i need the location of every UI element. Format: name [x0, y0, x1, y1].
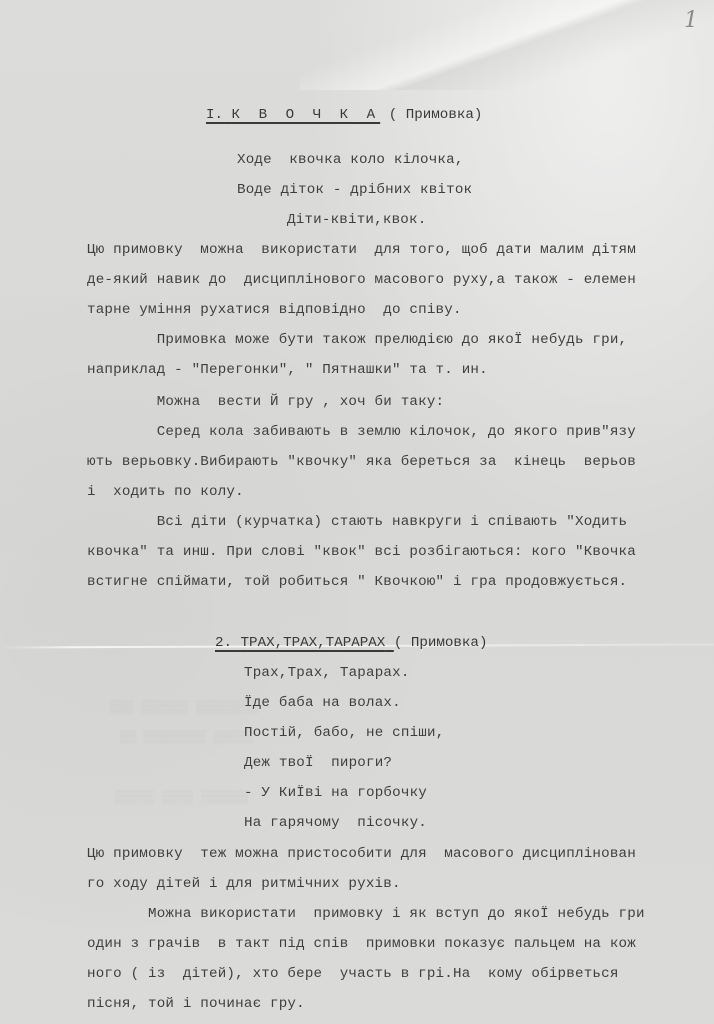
scanned-document-page: 1 ▒▒▒▒▒▒▒▒ ▒▒▒▒▒▒ ▒▒▒ ▒▒▒▒▒ ▒▒▒▒▒▒▒▒ ▒▒ … — [0, 0, 714, 1024]
paragraph-line: тарне уміння рухатися відповідно до спів… — [87, 302, 462, 318]
paragraph-line: встигне спіймати, той робиться " Квочкою… — [87, 574, 627, 590]
paragraph-line: Цю примовку теж можна пристособити для м… — [87, 846, 636, 862]
paragraph-line: Можна використати примовку і як вступ до… — [87, 906, 645, 922]
verse-line: Воде діток - дрібних квіток — [237, 182, 472, 198]
show-through-text: ▒▒▒▒▒ ▒▒▒▒▒▒▒▒ ▒▒ — [120, 730, 253, 745]
section-1-title: К В О Ч К А — [232, 107, 381, 123]
show-through-text: ▒▒▒▒▒▒ ▒▒▒▒ ▒▒▒▒▒ — [115, 790, 248, 805]
verse-line: Трах,Трах, Тарарах. — [244, 665, 410, 681]
section-2-subtitle: ( Примовка) — [394, 635, 488, 651]
verse-line: На гарячому пісочку. — [244, 815, 427, 831]
verse-line: Ходе квочка коло кілочка, — [237, 152, 464, 168]
paragraph-line: Примовка може бути також прелюдією до як… — [87, 332, 627, 348]
section-2-number-and-title: 2. ТРАХ,ТРАХ,ТАРАРАХ — [215, 635, 394, 651]
verse-line: Деж твоЇ пироги? — [244, 755, 392, 771]
verse-line: Діти-квіти,квок. — [287, 212, 426, 228]
paragraph-line: Цю примовку можна використати для того, … — [87, 242, 636, 258]
paragraph-line: квочка" та инш. При слові "квок" всі роз… — [87, 544, 636, 560]
paragraph-line: Можна вести Й гру , хоч би таку: — [87, 394, 444, 410]
section-1-subtitle: ( Примовка) — [389, 107, 483, 123]
paragraph-line: і ходить по колу. — [87, 484, 244, 500]
paragraph-line: Серед кола забивають в землю кілочок, до… — [87, 424, 636, 440]
show-through-text: ▒▒▒▒▒▒▒▒ ▒▒▒▒▒▒ ▒▒▒ — [110, 700, 258, 715]
verse-line: Постій, бабо, не спіши, — [244, 725, 444, 741]
section-1-number: I. — [206, 107, 223, 123]
verse-line: - У КиЇві на горбочку — [244, 785, 427, 801]
section-1-heading: I. К В О Ч К А ( Примовка) — [206, 107, 482, 123]
paragraph-line: пісня, той і починає гру. — [87, 996, 305, 1012]
paragraph-line: де-який навик до дисциплінового масового… — [87, 272, 636, 288]
handwritten-page-number: 1 — [684, 8, 698, 33]
paragraph-line: ного ( із дітей), хто бере участь в грі.… — [87, 966, 619, 982]
paragraph-line: один з грачів в такт під спів примовки п… — [87, 936, 636, 952]
section-1-number-and-title: I. К В О Ч К А — [206, 107, 380, 123]
paragraph-line: наприклад - "Перегонки", " Пятнашки" та … — [87, 362, 488, 378]
section-2-title: ТРАХ,ТРАХ,ТАРАРАХ — [241, 635, 386, 651]
section-2-heading: 2. ТРАХ,ТРАХ,ТАРАРАХ ( Примовка) — [215, 635, 487, 651]
paragraph-line: го ходу дітей і для ритмічних рухів. — [87, 876, 401, 892]
paragraph-line: Всі діти (курчатка) стають навкруги і сп… — [87, 514, 627, 530]
verse-line: Їде баба на волах. — [244, 695, 401, 711]
paragraph-line: ють верьовку.Вибирають "квочку" яка бере… — [87, 454, 636, 470]
section-2-number: 2. — [215, 635, 232, 651]
paper-fold-highlight — [300, 0, 714, 90]
